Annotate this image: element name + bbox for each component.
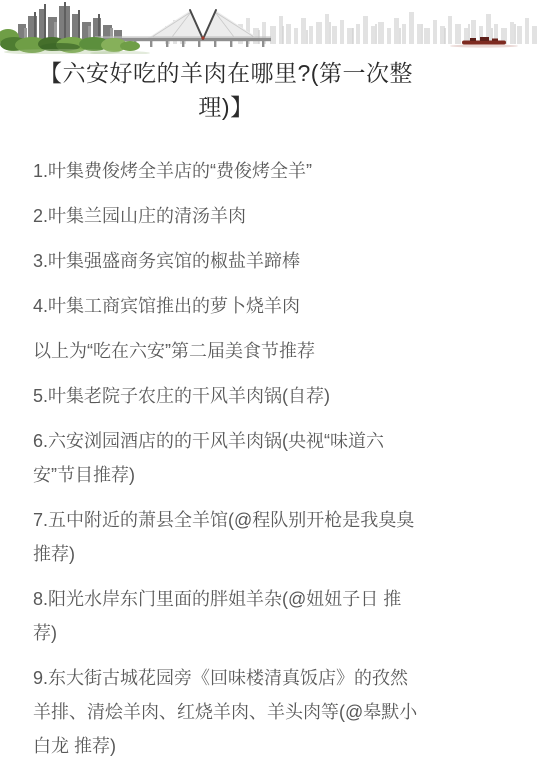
city-skyline-illustration — [0, 0, 542, 54]
article-paragraph: 9.东大街古城花园旁《回味楼清真饭店》的孜然羊排、清烩羊肉、红烧羊肉、羊头肉等(… — [33, 661, 419, 759]
article-title: 【六安好吃的羊肉在哪里?(第一次整理)】 — [33, 56, 419, 124]
article-paragraph: 7.五中附近的萧县全羊馆(@程队别开枪是我臭臭 推荐) — [33, 503, 419, 571]
article-paragraph: 2.叶集兰园山庄的清汤羊肉 — [33, 199, 419, 233]
article-paragraph: 以上为“吃在六安”第二届美食节推荐 — [33, 334, 419, 368]
header-image — [0, 0, 542, 54]
article-content: 【六安好吃的羊肉在哪里?(第一次整理)】 1.叶集费俊烤全羊店的“费俊烤全羊”2… — [33, 56, 419, 759]
article-paragraph: 6.六安浏园酒店的的干风羊肉锅(央视“味道六安”节目推荐) — [33, 424, 419, 492]
article-page: 【六安好吃的羊肉在哪里?(第一次整理)】 1.叶集费俊烤全羊店的“费俊烤全羊”2… — [0, 0, 542, 759]
article-paragraph: 8.阳光水岸东门里面的胖姐羊杂(@妞妞子日 推荐) — [33, 582, 419, 650]
article-paragraph: 3.叶集强盛商务宾馆的椒盐羊蹄棒 — [33, 244, 419, 278]
paragraph-list: 1.叶集费俊烤全羊店的“费俊烤全羊”2.叶集兰园山庄的清汤羊肉3.叶集强盛商务宾… — [33, 154, 419, 759]
article-paragraph: 5.叶集老院子农庄的干风羊肉锅(自荐) — [33, 379, 419, 413]
article-paragraph: 1.叶集费俊烤全羊店的“费俊烤全羊” — [33, 154, 419, 188]
article-paragraph: 4.叶集工商宾馆推出的萝卜烧羊肉 — [33, 289, 419, 323]
